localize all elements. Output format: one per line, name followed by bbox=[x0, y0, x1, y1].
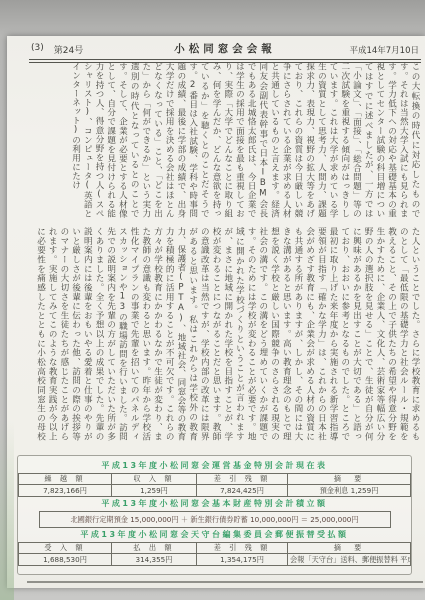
deposit-summary-line: 北國銀行定期預金 15,000,000円 ＋ 新生銀行債券貯蓄 10,000,0… bbox=[39, 511, 391, 528]
report3-header-row: 受 入 額 払 出 額 差 引 残 額 摘 要 bbox=[19, 543, 411, 554]
issue-date: 平成14年7月10日 bbox=[299, 44, 419, 56]
newspaper-page: (3) 第24号 小松同窓会会報 平成14年7月10日 この大転換の時代に対応し… bbox=[7, 36, 425, 588]
col-header-balance: 差 引 残 額 bbox=[197, 474, 288, 485]
report2-title: 平成13年度小松同窓会基本財産特別会計積立額 bbox=[18, 498, 411, 509]
col-header-carryover: 繰 越 額 bbox=[19, 474, 112, 485]
article-vertical-text-band-1: この大転換の時代に対応したものです。それは当然大学入試にも見られます。学力低下へ… bbox=[34, 62, 420, 218]
report3-table: 受 入 額 払 出 額 差 引 残 額 摘 要 1,688,530円 314,3… bbox=[18, 542, 411, 566]
remarks-text: 預金利息 1,259円 bbox=[288, 485, 411, 497]
bulletin-title: 小松同窓会会報 bbox=[151, 41, 299, 56]
col-header-balance2: 差 引 残 額 bbox=[197, 543, 288, 554]
col-header-income: 収 入 額 bbox=[112, 474, 197, 485]
page-header-left: (3) 第24号 bbox=[31, 43, 151, 56]
report3-title: 平成13年度小松同窓会天守台編集委員会郵便振替受払額 bbox=[18, 529, 411, 540]
income-amount: 1,259円 bbox=[112, 485, 197, 497]
col-header-receipts: 受 入 額 bbox=[19, 543, 112, 554]
report3-data-row: 1,688,530円 314,355円 1,354,175円 会報「天守台」送料… bbox=[19, 554, 411, 566]
col-header-remarks: 摘 要 bbox=[288, 474, 411, 485]
report1-title: 平成13年度小松同窓会運営基金特別会計現在表 bbox=[18, 460, 411, 471]
page-header: (3) 第24号 小松同窓会会報 平成14年7月10日 bbox=[31, 42, 419, 56]
col-header-remarks2: 摘 要 bbox=[288, 543, 411, 554]
carryover-amount: 7,823,166円 bbox=[19, 485, 112, 497]
payments-amount: 314,355円 bbox=[112, 554, 197, 566]
remarks2-text: 会報「天守台」送料、郵便振替料 平成13年度受入 4件 bbox=[288, 554, 411, 566]
article-vertical-text-band-2: た人ということでした。さらに学校教育に求めるものとして「最低限の基礎学力と社会ル… bbox=[34, 227, 420, 441]
receipts-amount: 1,688,530円 bbox=[19, 554, 112, 566]
page-bottom-rule bbox=[27, 581, 423, 583]
scan-background: (3) 第24号 小松同窓会会報 平成14年7月10日 この大転換の時代に対応し… bbox=[0, 0, 425, 600]
report1-data-row: 7,823,166円 1,259円 7,824,425円 預金利息 1,259円 bbox=[19, 485, 411, 497]
financial-reports-section: 平成13年度小松同窓会運営基金特別会計現在表 繰 越 額 収 入 額 差 引 残… bbox=[17, 455, 412, 575]
report1-header-row: 繰 越 額 収 入 額 差 引 残 額 摘 要 bbox=[19, 474, 411, 485]
balance-amount: 7,824,425円 bbox=[197, 485, 288, 497]
report1-table: 繰 越 額 収 入 額 差 引 残 額 摘 要 7,823,166円 1,259… bbox=[18, 473, 411, 497]
balance2-amount: 1,354,175円 bbox=[197, 554, 288, 566]
page-number: (3) bbox=[31, 43, 44, 56]
issue-number: 第24号 bbox=[54, 43, 83, 56]
col-header-payments: 払 出 額 bbox=[112, 543, 197, 554]
